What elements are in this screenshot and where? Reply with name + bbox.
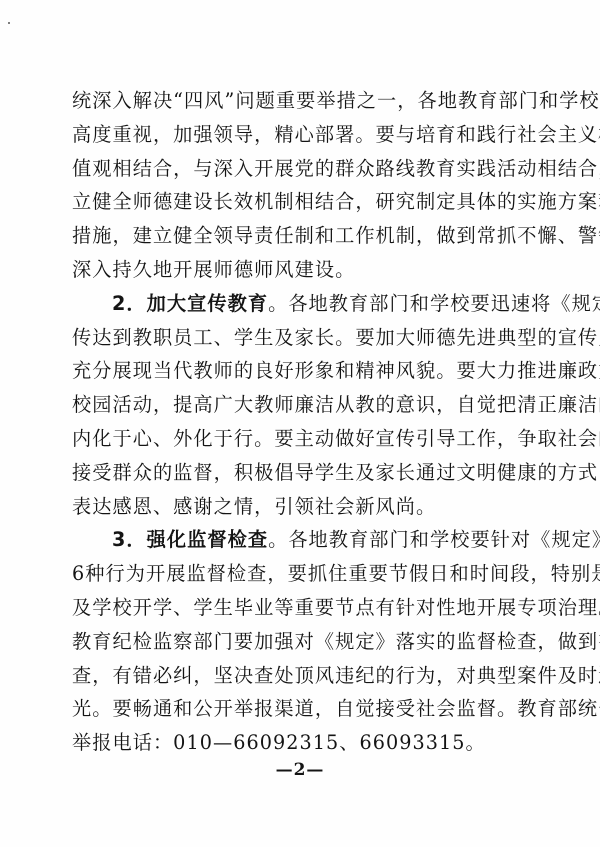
section-number: 2． (112, 292, 147, 315)
paragraph-heading-line: 2．加大宣传教育。各地教育部门和学校要迅速将《规定》要求 (72, 287, 518, 321)
text-line: 举报电话：010—66092315、66093315。 (72, 726, 518, 760)
section-heading: 强化监督检查 (147, 528, 268, 551)
text-line: 查，有错必纠，坚决查处顶风违纪的行为，对典型案件及时通报曝 (72, 659, 518, 693)
text-line: 接受群众的监督，积极倡导学生及家长通过文明健康的方式向教师 (72, 456, 518, 490)
text-line: 措施，建立健全领导责任制和工作机制，做到常抓不懈、警钟长鸣， (72, 219, 518, 253)
paragraph-2: 2．加大宣传教育。各地教育部门和学校要迅速将《规定》要求 传达到教职员工、学生及… (72, 287, 518, 524)
text-line: 光。要畅通和公开举报渠道，自觉接受社会监督。教育部统一监督 (72, 692, 518, 726)
section-heading: 加大宣传教育 (147, 292, 268, 315)
text-run: 。各地教育部门和学校要迅速将《规定》要求 (268, 292, 600, 315)
text-line: 及学校开学、学生毕业等重要节点有针对性地开展专项治理。各级 (72, 591, 518, 625)
text-line: 6种行为开展监督检查，要抓住重要节假日和时间段，特别是教师节 (72, 557, 518, 591)
text-line: 立健全师德建设长效机制相结合，研究制定具体的实施方案和配套 (72, 185, 518, 219)
paragraph-heading-line: 3．强化监督检查。各地教育部门和学校要针对《规定》禁止的 (72, 523, 518, 557)
text-run: 。各地教育部门和学校要针对《规定》禁止的 (268, 528, 600, 551)
text-line: 教育纪检监察部门要加强对《规定》落实的监督检查，做到有诉必 (72, 625, 518, 659)
paragraph-3: 3．强化监督检查。各地教育部门和学校要针对《规定》禁止的 6种行为开展监督检查，… (72, 523, 518, 760)
text-line: 值观相结合，与深入开展党的群众路线教育实践活动相结合，与建 (72, 152, 518, 186)
text-line: 传达到教职员工、学生及家长。要加大师德先进典型的宣传力度， (72, 321, 518, 355)
text-line: 高度重视，加强领导，精心部署。要与培育和践行社会主义核心价 (72, 118, 518, 152)
text-line: 统深入解决“四风”问题重要举措之一，各地教育部门和学校务必 (72, 84, 518, 118)
text-line: 充分展现当代教师的良好形象和精神风貌。要大力推进廉政文化进 (72, 354, 518, 388)
text-line: 校园活动，提高广大教师廉洁从教的意识，自觉把清正廉洁的要求 (72, 388, 518, 422)
scan-speck (8, 22, 10, 24)
text-line: 表达感恩、感谢之情，引领社会新风尚。 (72, 490, 518, 524)
page-number: —2— (0, 760, 600, 780)
document-page: 统深入解决“四风”问题重要举措之一，各地教育部门和学校务必 高度重视，加强领导，… (0, 0, 600, 847)
paragraph-1: 统深入解决“四风”问题重要举措之一，各地教育部门和学校务必 高度重视，加强领导，… (72, 84, 518, 287)
text-line: 内化于心、外化于行。要主动做好宣传引导工作，争取社会的支持， (72, 422, 518, 456)
text-line: 深入持久地开展师德师风建设。 (72, 253, 518, 287)
document-body: 统深入解决“四风”问题重要举措之一，各地教育部门和学校务必 高度重视，加强领导，… (72, 84, 518, 760)
section-number: 3． (112, 528, 147, 551)
